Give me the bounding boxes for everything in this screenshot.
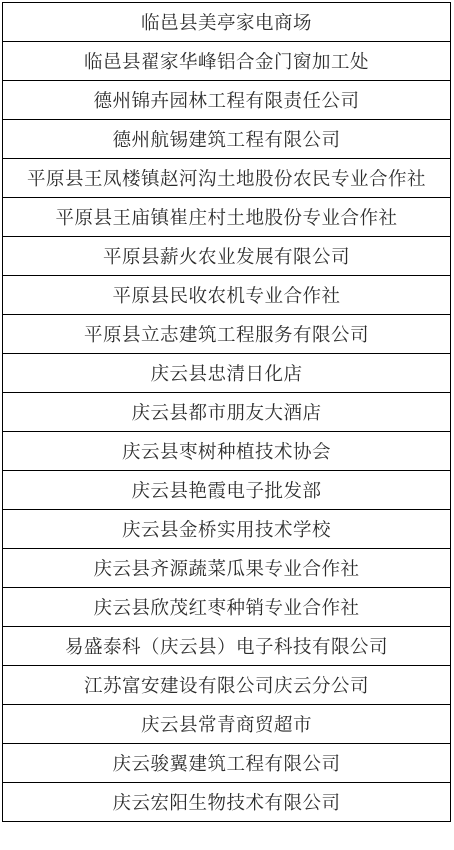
table-row: 庆云县都市朋友大酒店 (3, 393, 451, 432)
company-name-cell: 平原县王凤楼镇赵河沟土地股份农民专业合作社 (3, 159, 451, 198)
table-row: 庆云骏翼建筑工程有限公司 (3, 744, 451, 783)
table-row: 庆云县枣树种植技术协会 (3, 432, 451, 471)
table-row: 庆云县常青商贸超市 (3, 705, 451, 744)
table-row: 易盛泰科（庆云县）电子科技有限公司 (3, 627, 451, 666)
company-name-cell: 平原县王庙镇崔庄村土地股份专业合作社 (3, 198, 451, 237)
table-row: 平原县王庙镇崔庄村土地股份专业合作社 (3, 198, 451, 237)
table-row: 庆云县欣茂红枣种销专业合作社 (3, 588, 451, 627)
table-row: 德州锦卉园林工程有限责任公司 (3, 81, 451, 120)
company-name-cell: 庆云县枣树种植技术协会 (3, 432, 451, 471)
table-row: 平原县薪火农业发展有限公司 (3, 237, 451, 276)
table-row: 庆云县金桥实用技术学校 (3, 510, 451, 549)
company-name-cell: 庆云骏翼建筑工程有限公司 (3, 744, 451, 783)
table-row: 平原县立志建筑工程服务有限公司 (3, 315, 451, 354)
table-row: 德州航锡建筑工程有限公司 (3, 120, 451, 159)
table-row: 江苏富安建设有限公司庆云分公司 (3, 666, 451, 705)
company-name-cell: 庆云宏阳生物技术有限公司 (3, 783, 451, 822)
table-row: 庆云县齐源蔬菜瓜果专业合作社 (3, 549, 451, 588)
company-name-cell: 庆云县欣茂红枣种销专业合作社 (3, 588, 451, 627)
company-name-cell: 平原县立志建筑工程服务有限公司 (3, 315, 451, 354)
company-name-cell: 庆云县忠清日化店 (3, 354, 451, 393)
company-list-table: 临邑县美亭家电商场 临邑县翟家华峰铝合金门窗加工处 德州锦卉园林工程有限责任公司… (2, 2, 451, 822)
company-name-cell: 江苏富安建设有限公司庆云分公司 (3, 666, 451, 705)
company-name-cell: 平原县薪火农业发展有限公司 (3, 237, 451, 276)
company-name-cell: 庆云县常青商贸超市 (3, 705, 451, 744)
table-row: 临邑县美亭家电商场 (3, 3, 451, 42)
table-row: 平原县民收农机专业合作社 (3, 276, 451, 315)
company-name-cell: 庆云县艳霞电子批发部 (3, 471, 451, 510)
company-name-cell: 庆云县金桥实用技术学校 (3, 510, 451, 549)
table-row: 平原县王凤楼镇赵河沟土地股份农民专业合作社 (3, 159, 451, 198)
company-name-cell: 庆云县都市朋友大酒店 (3, 393, 451, 432)
company-name-cell: 德州锦卉园林工程有限责任公司 (3, 81, 451, 120)
table-row: 庆云县忠清日化店 (3, 354, 451, 393)
table-row: 庆云宏阳生物技术有限公司 (3, 783, 451, 822)
table-row: 临邑县翟家华峰铝合金门窗加工处 (3, 42, 451, 81)
company-name-cell: 易盛泰科（庆云县）电子科技有限公司 (3, 627, 451, 666)
company-name-cell: 庆云县齐源蔬菜瓜果专业合作社 (3, 549, 451, 588)
company-name-cell: 平原县民收农机专业合作社 (3, 276, 451, 315)
company-name-cell: 临邑县翟家华峰铝合金门窗加工处 (3, 42, 451, 81)
company-name-cell: 德州航锡建筑工程有限公司 (3, 120, 451, 159)
table-row: 庆云县艳霞电子批发部 (3, 471, 451, 510)
company-name-cell: 临邑县美亭家电商场 (3, 3, 451, 42)
